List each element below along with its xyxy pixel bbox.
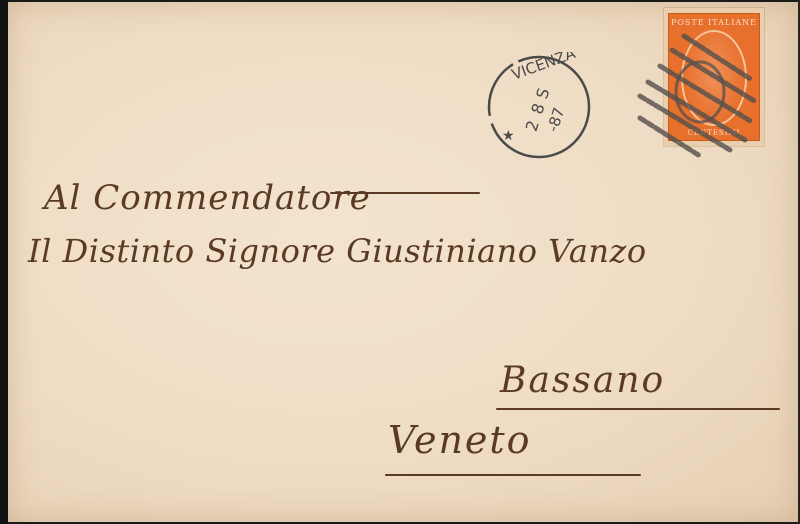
postmark-suffix: S bbox=[532, 86, 553, 102]
address-line-region: Veneto bbox=[388, 418, 532, 462]
postmark-day: 2 bbox=[522, 118, 543, 134]
address-underline-city bbox=[496, 408, 780, 410]
address-line-city: Bassano bbox=[500, 360, 665, 401]
address-underline-region bbox=[385, 474, 641, 476]
postmark-month: 8 bbox=[527, 101, 548, 117]
postmark-circle: VICENZA 2 8 S -87 ★ bbox=[484, 52, 594, 162]
address-line-salutation: Al Commendatore bbox=[44, 178, 371, 218]
address-line-recipient: Il Distinto Signore Giustiniano Vanzo bbox=[28, 232, 647, 270]
postmark-town: VICENZA bbox=[509, 52, 578, 84]
star-icon: ★ bbox=[502, 128, 515, 144]
address-underline-1 bbox=[330, 192, 480, 194]
cancellation-bars bbox=[0, 0, 800, 200]
